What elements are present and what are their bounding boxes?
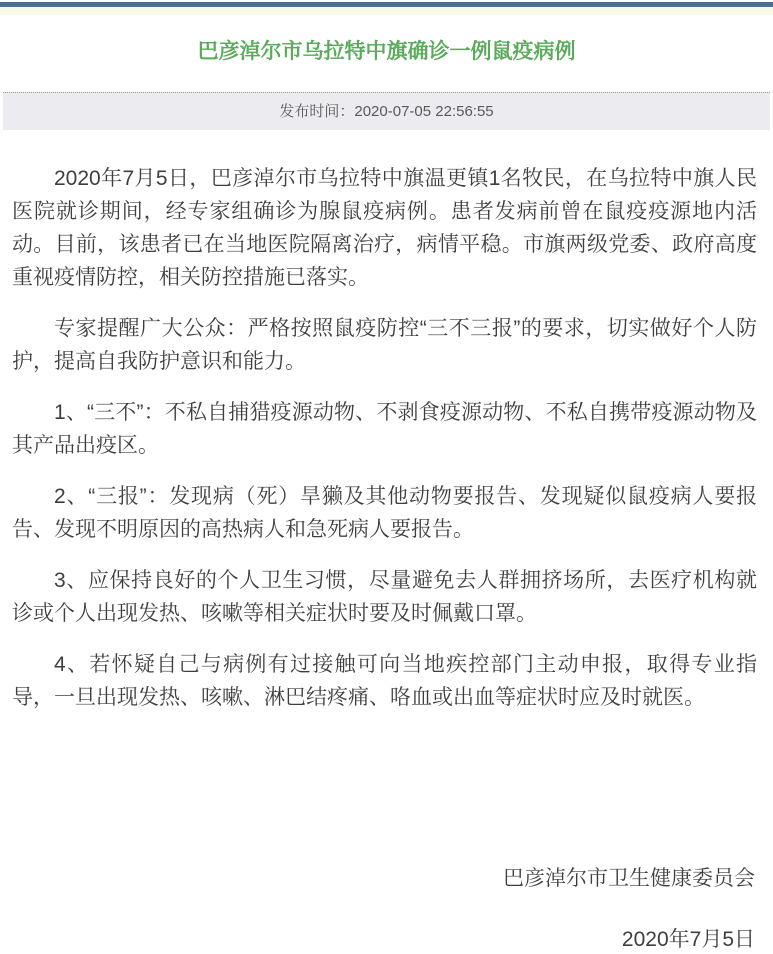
publish-time-label: 发布时间：	[279, 103, 354, 120]
signature-date: 2020年7月5日	[12, 923, 757, 954]
publish-time-bar: 发布时间：2020-07-05 22:56:55	[3, 92, 770, 130]
top-accent-strip	[0, 7, 773, 15]
article-title: 巴彦淖尔市乌拉特中旗确诊一例鼠疫病例	[20, 39, 753, 65]
body-paragraph-item-1: 1、“三不”：不私自捕猎疫源动物、不剥食疫源动物、不私自携带疫源动物及其产品出疫…	[12, 396, 757, 462]
body-paragraph-item-4: 4、若怀疑自己与病例有过接触可向当地疾控部门主动申报，取得专业指导，一旦出现发热…	[12, 648, 757, 714]
body-paragraph-item-3: 3、应保持良好的个人卫生习惯，尽量避免去人群拥挤场所，去医疗机构就诊或个人出现发…	[12, 564, 757, 630]
body-paragraph-intro: 2020年7月5日，巴彦淖尔市乌拉特中旗温更镇1名牧民，在乌拉特中旗人民医院就诊…	[12, 162, 757, 294]
article-page: 巴彦淖尔市乌拉特中旗确诊一例鼠疫病例 发布时间：2020-07-05 22:56…	[0, 0, 773, 954]
publish-time-value: 2020-07-05 22:56:55	[354, 103, 493, 120]
body-paragraph-item-2: 2、“三报”：发现病（死）旱獭及其他动物要报告、发现疑似鼠疫病人要报告、发现不明…	[12, 480, 757, 546]
signature-org: 巴彦淖尔市卫生健康委员会	[12, 862, 757, 895]
article-body: 2020年7月5日，巴彦淖尔市乌拉特中旗温更镇1名牧民，在乌拉特中旗人民医院就诊…	[0, 130, 773, 954]
body-paragraph-expert-reminder: 专家提醒广大公众：严格按照鼠疫防控“三不三报”的要求，切实做好个人防护，提高自我…	[12, 312, 757, 378]
